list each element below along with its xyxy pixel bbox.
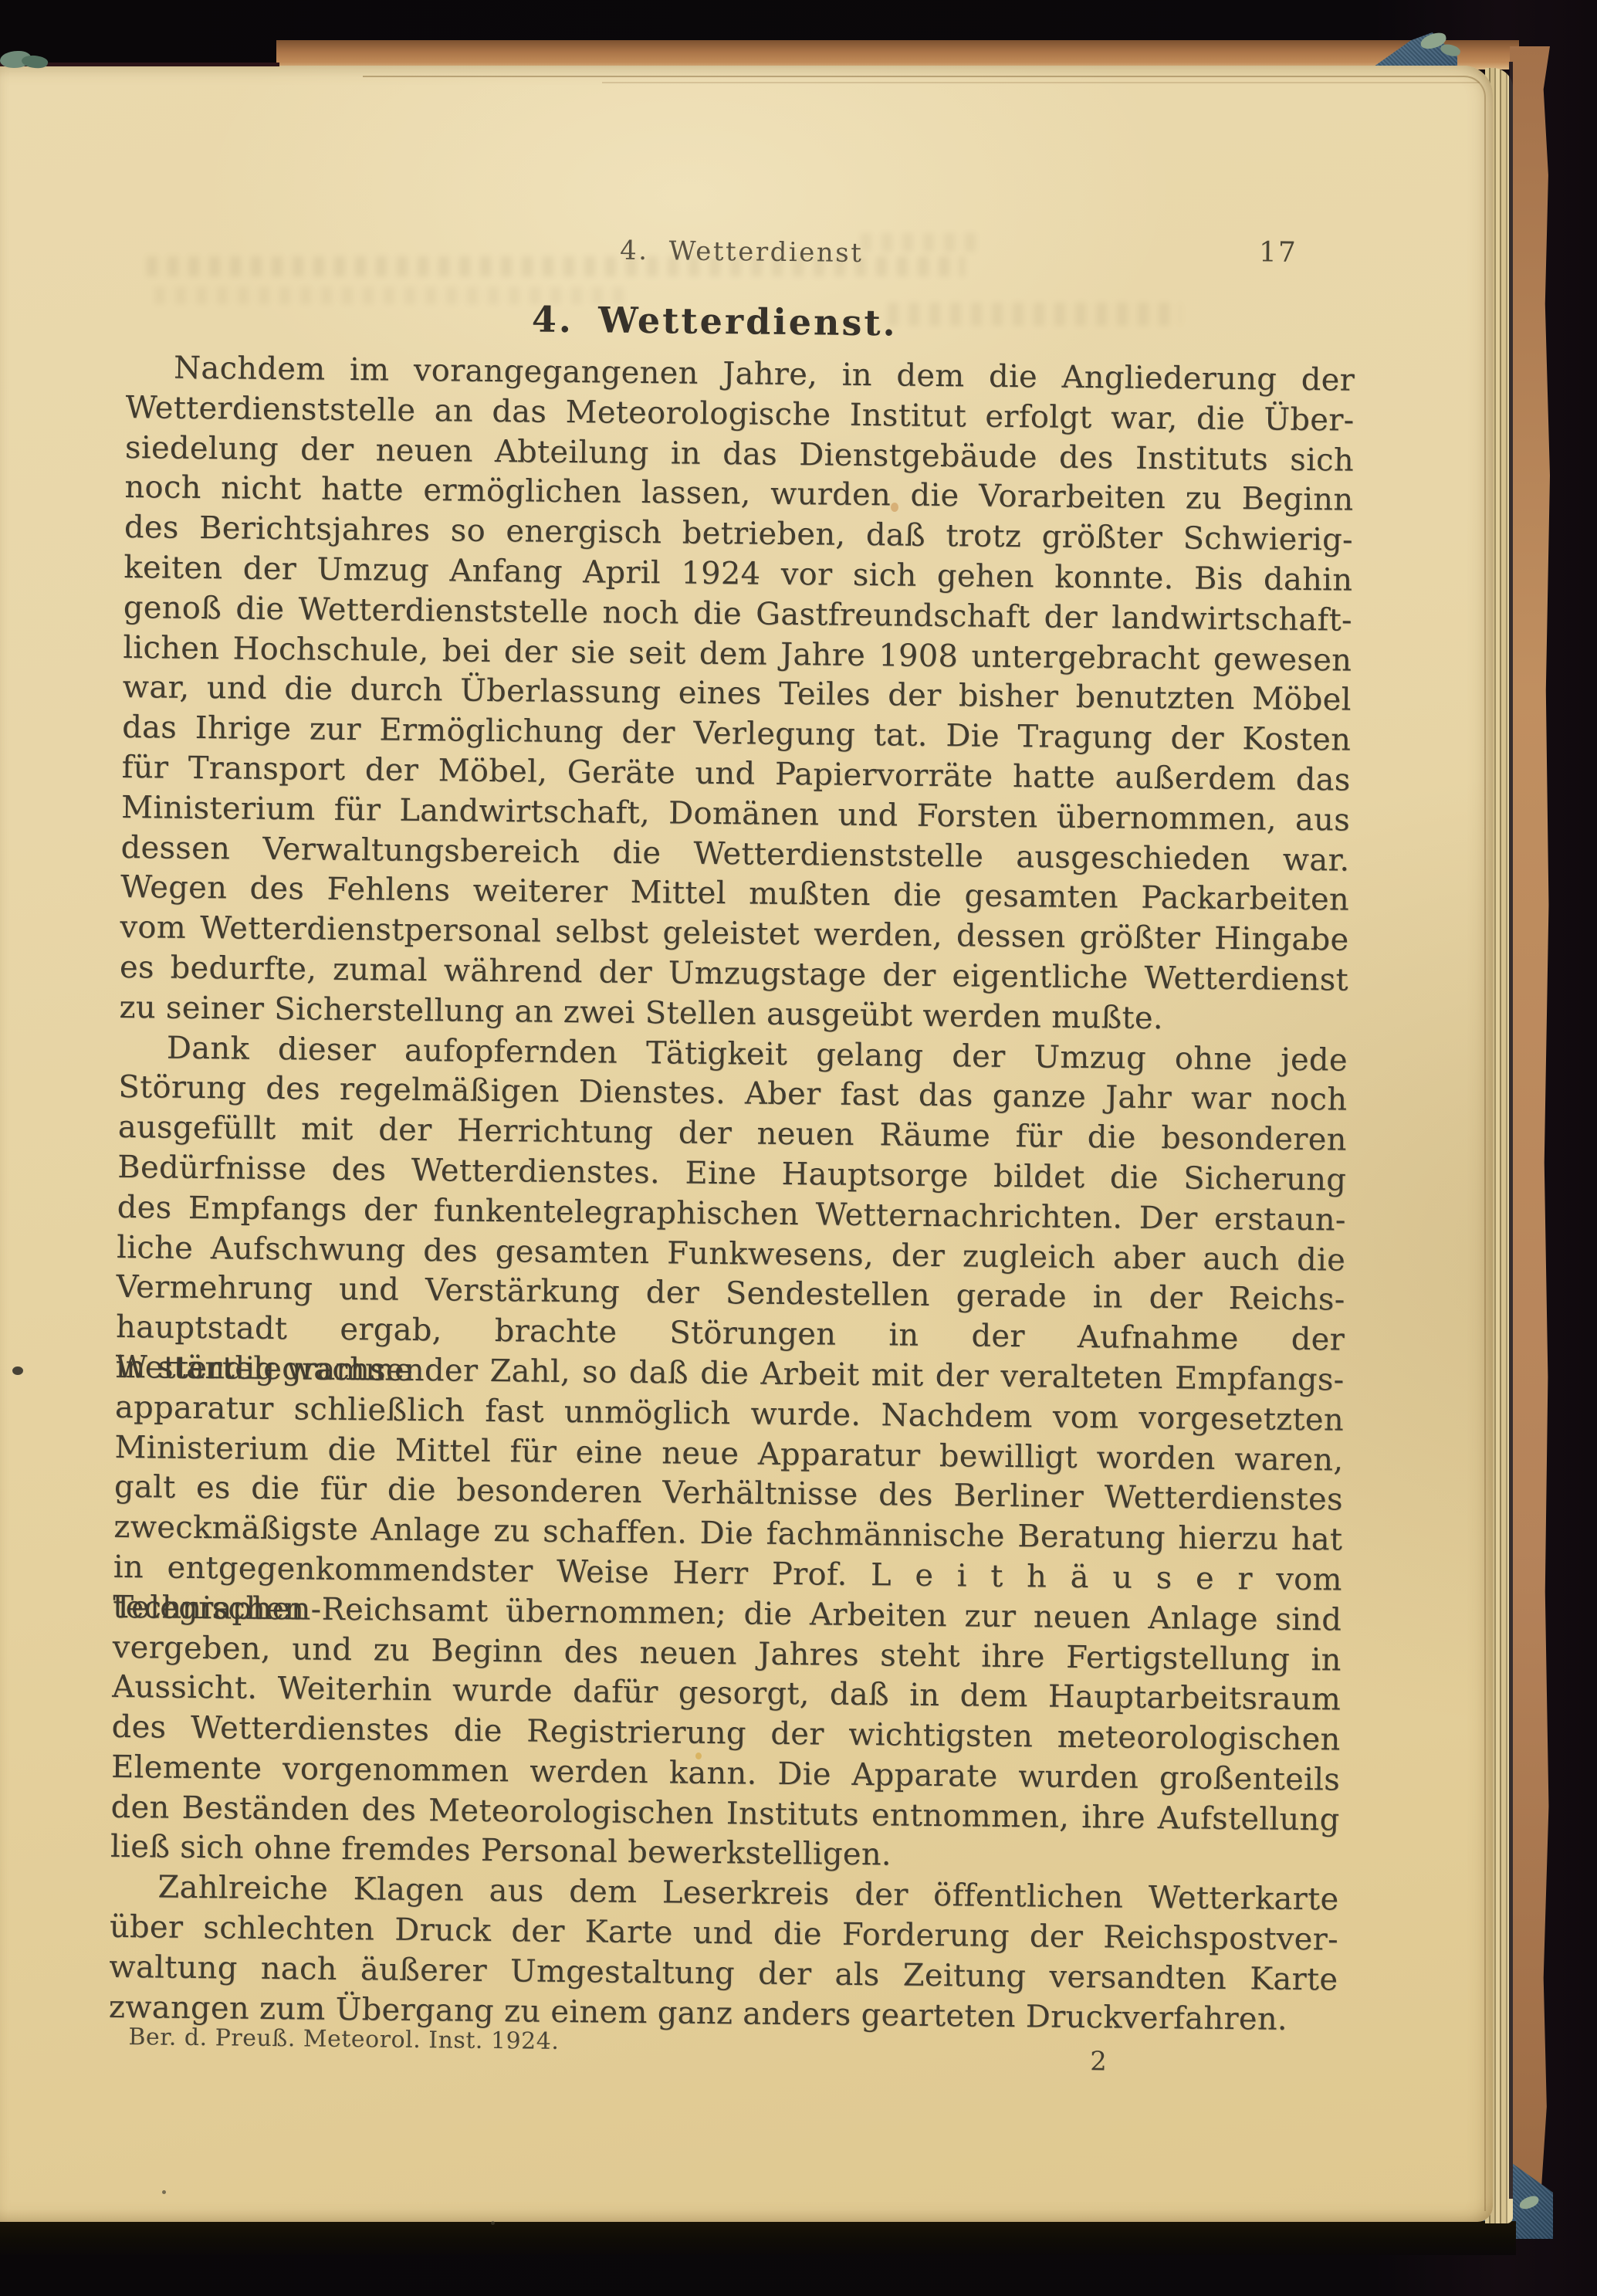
paper-speck bbox=[162, 2190, 166, 2194]
page-stack-gap bbox=[1509, 62, 1513, 2199]
section-heading: 4.Wetterdienst. bbox=[100, 294, 1329, 349]
section-heading-text: Wetterdienst. bbox=[598, 299, 898, 344]
running-header-title: Wetterdienst bbox=[668, 235, 863, 269]
book-page-block-right-edge bbox=[1510, 46, 1550, 2193]
page-number: 17 bbox=[1259, 236, 1298, 269]
paper-speck bbox=[491, 2221, 495, 2225]
running-header: 4.Wetterdienst bbox=[127, 230, 1356, 274]
book-page: 4.Wetterdienst 17 4.Wetterdienst. Nachde… bbox=[0, 66, 1493, 2222]
signature-mark: 2 bbox=[1090, 2046, 1107, 2077]
body-text: Nachdem im vorangegangenen Jahre, in dem… bbox=[109, 348, 1355, 2040]
shadow-under-page bbox=[0, 2221, 1516, 2255]
section-heading-number: 4. bbox=[532, 298, 574, 340]
running-header-section-number: 4. bbox=[620, 235, 649, 266]
footer-imprint: Ber. d. Preuß. Meteorol. Inst. 1924. bbox=[128, 2023, 559, 2055]
scanned-book-photo: 4.Wetterdienst 17 4.Wetterdienst. Nachde… bbox=[0, 0, 1597, 2296]
margin-ink-dot bbox=[12, 1366, 23, 1375]
printed-text-block: 4.Wetterdienst 17 4.Wetterdienst. Nachde… bbox=[108, 66, 1358, 2101]
